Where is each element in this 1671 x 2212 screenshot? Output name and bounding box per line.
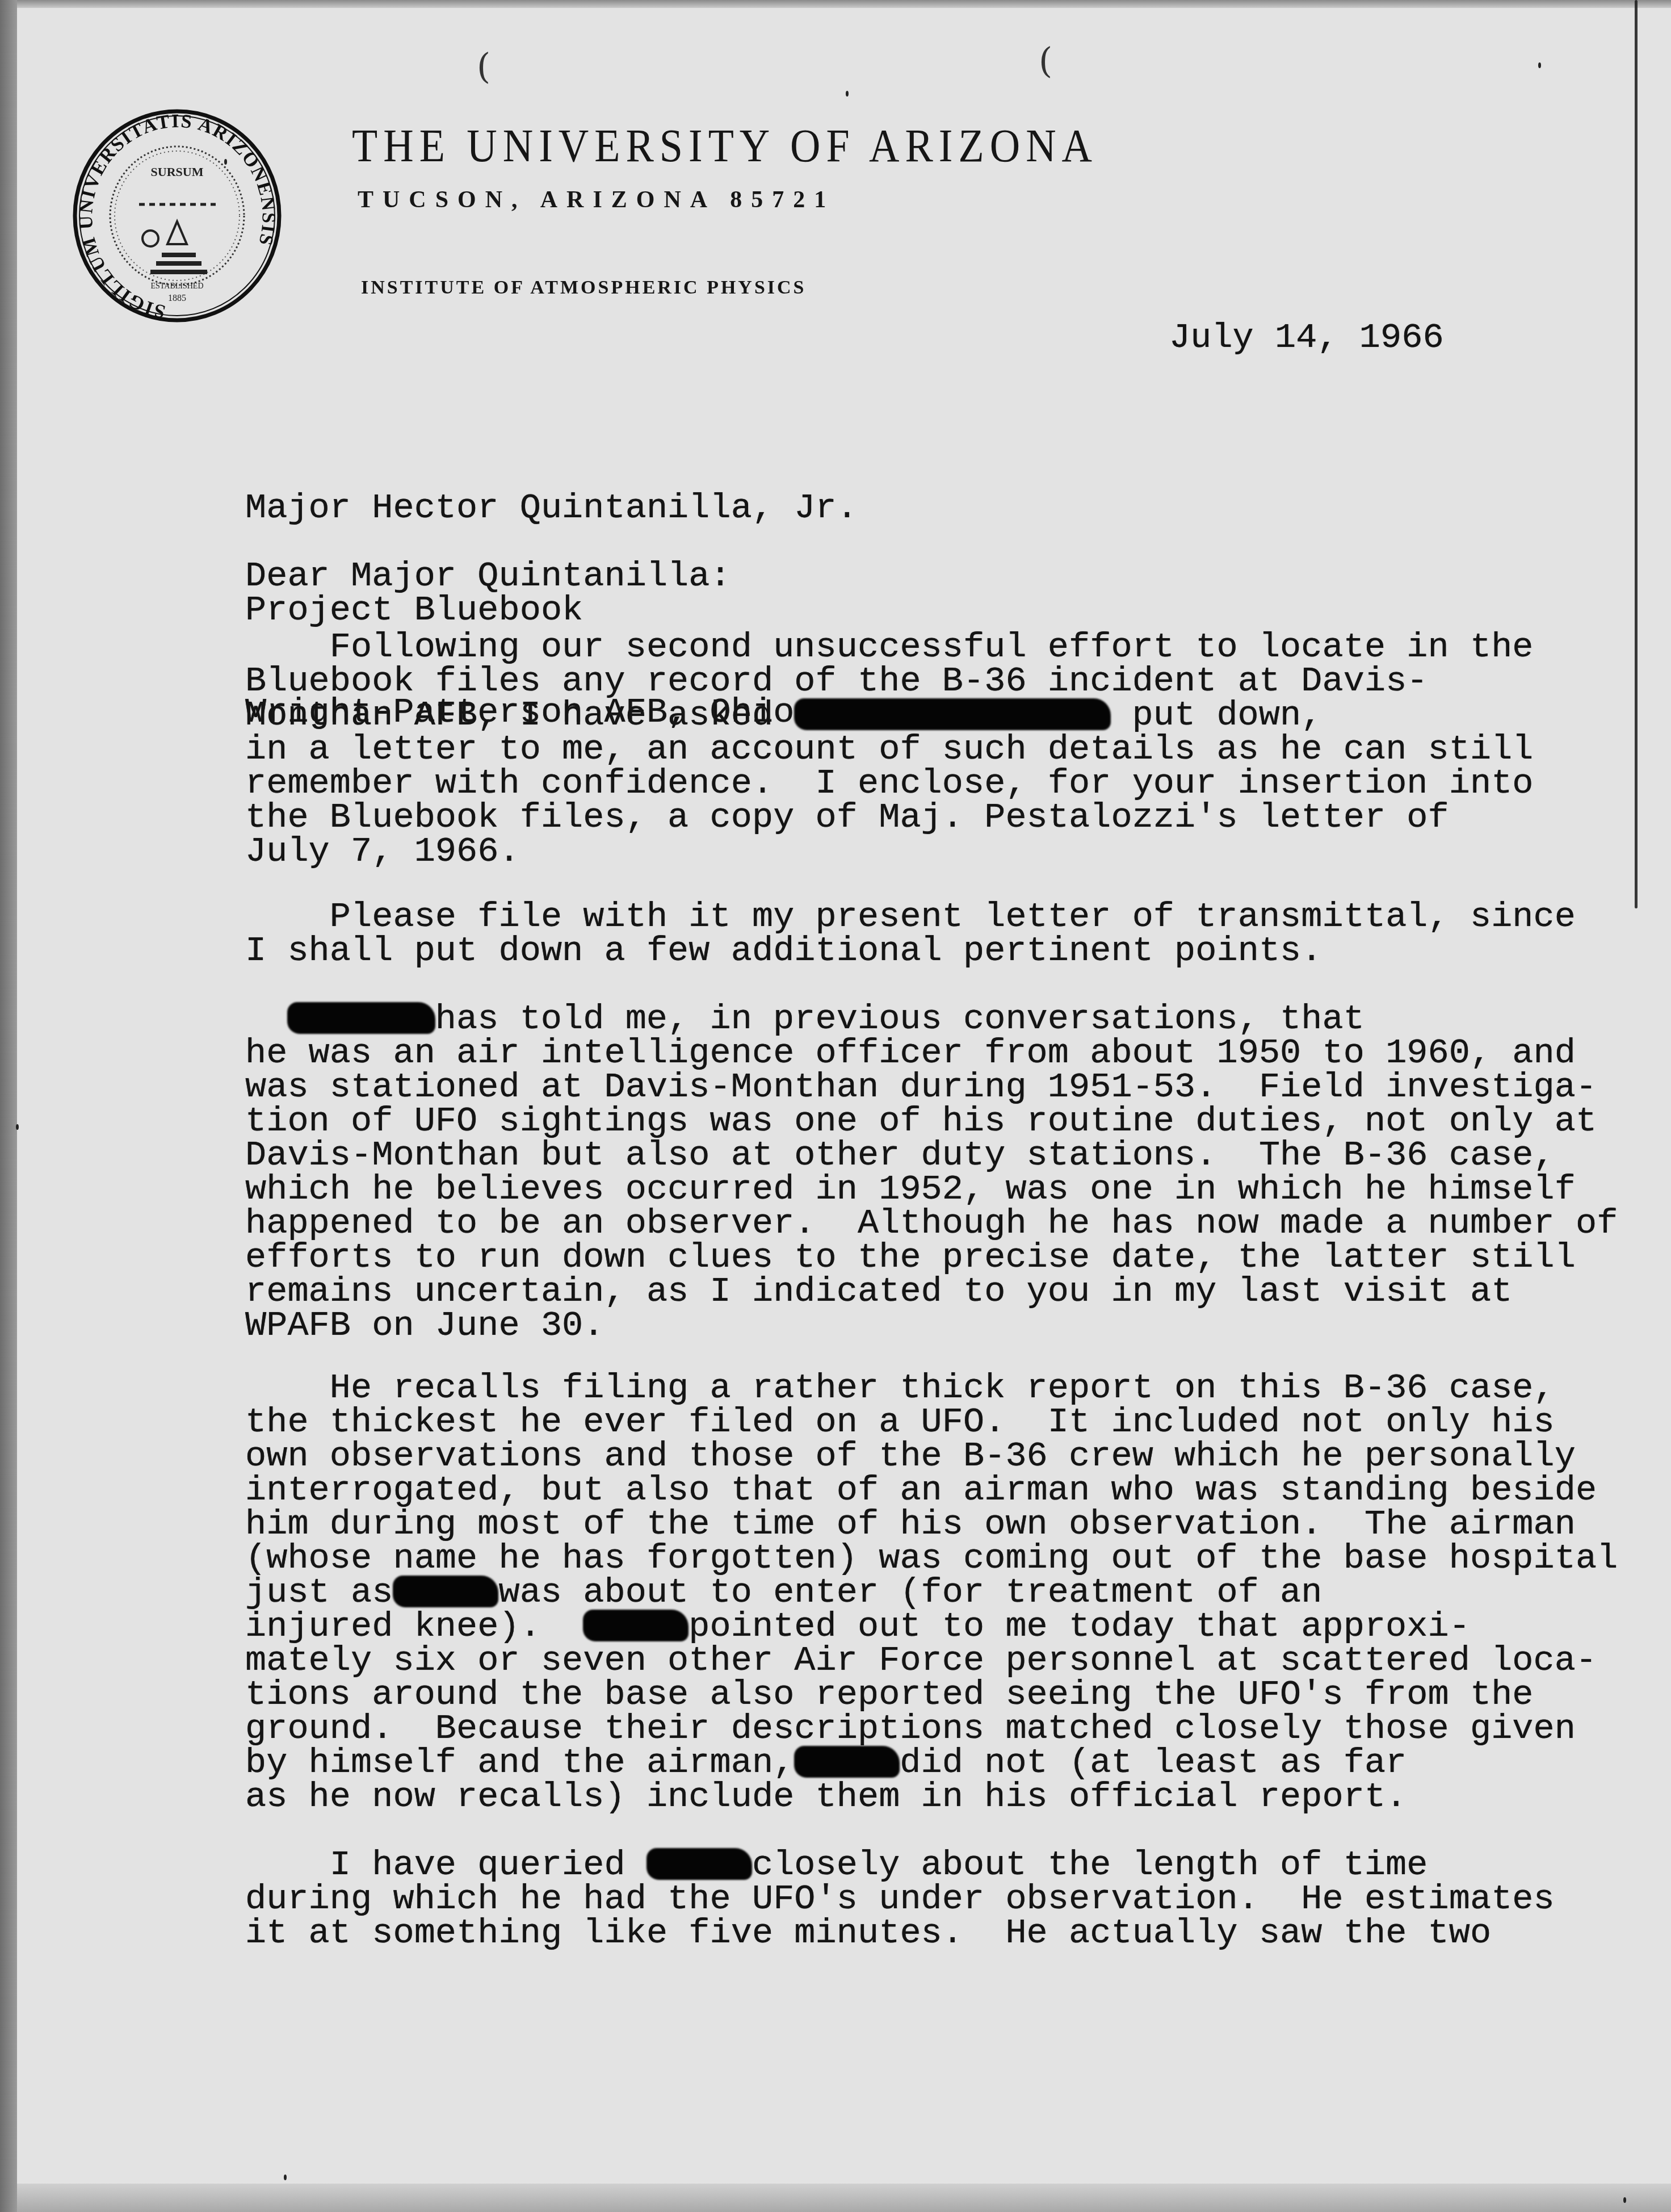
text-line: WPAFB on June 30.: [245, 1309, 1618, 1343]
text-line: Following our second unsuccessful effort…: [245, 630, 1534, 664]
text-line: in a letter to me, an account of such de…: [245, 732, 1534, 766]
text-line: mately six or seven other Air Force pers…: [245, 1644, 1618, 1678]
punch-mark-left: (: [477, 45, 490, 87]
text-line: tion of UFO sightings was one of his rou…: [245, 1104, 1618, 1138]
letter-page: ( ( SIGILLUM UNIVERSITATIS ARIZONENSIS S…: [0, 0, 1671, 2212]
salutation: Dear Major Quintanilla:: [245, 559, 731, 593]
letter-date: July 14, 1966: [1169, 321, 1444, 355]
redaction-bar: [794, 698, 1111, 730]
text-line: happened to be an observer. Although he …: [245, 1206, 1618, 1241]
text-line: (whose name he has forgotten) was coming…: [245, 1541, 1618, 1576]
redaction-bar: [287, 1002, 435, 1034]
department-name: INSTITUTE OF ATMOSPHERIC PHYSICS: [361, 277, 807, 299]
text-line: was stationed at Davis-Monthan during 19…: [245, 1070, 1618, 1104]
text-line: injured knee). pointed out to me today t…: [245, 1610, 1618, 1644]
text-line: Bluebook files any record of the B-36 in…: [245, 664, 1534, 698]
paragraph-4: He recalls filing a rather thick report …: [245, 1371, 1618, 1814]
text-line: he was an air intelligence officer from …: [245, 1036, 1618, 1070]
text-line: just aswas about to enter (for treatment…: [245, 1576, 1618, 1610]
text-line: during which he had the UFO's under obse…: [245, 1882, 1555, 1916]
text-line: I shall put down a few additional pertin…: [245, 934, 1576, 968]
scan-speck: [846, 91, 849, 97]
paragraph-3: has told me, in previous conversations, …: [245, 1002, 1618, 1343]
text-line: He recalls filing a rather thick report …: [245, 1371, 1618, 1405]
text-line: remember with confidence. I enclose, for…: [245, 766, 1534, 801]
text-line: Davis-Monthan but also at other duty sta…: [245, 1138, 1618, 1172]
text-line: efforts to run down clues to the precise…: [245, 1241, 1618, 1275]
text-line: ground. Because their descriptions match…: [245, 1712, 1618, 1746]
redaction-bar: [646, 1848, 752, 1880]
text-line: it at something like five minutes. He ac…: [245, 1916, 1555, 1950]
recipient-name: Major Hector Quintanilla, Jr.: [245, 491, 858, 525]
scan-top-edge: [0, 0, 1671, 8]
scan-speck: [284, 2175, 287, 2180]
text-line: as he now recalls) include them in his o…: [245, 1780, 1618, 1814]
text-line: tions around the base also reported seei…: [245, 1678, 1618, 1712]
punch-mark-right: (: [1039, 40, 1052, 81]
text-line: him during most of the time of his own o…: [245, 1507, 1618, 1541]
svg-text:ESTABLISHED: ESTABLISHED: [151, 282, 204, 291]
paragraph-1: Following our second unsuccessful effort…: [245, 630, 1534, 869]
scan-speck: [1623, 2197, 1626, 2203]
text-line: by himself and the airman,did not (at le…: [245, 1746, 1618, 1780]
scan-left-edge: [0, 0, 17, 2212]
text-line: July 7, 1966.: [245, 835, 1534, 869]
redaction-bar: [393, 1576, 498, 1607]
text-line: interrogated, but also that of an airman…: [245, 1473, 1618, 1507]
text-line: which he believes occurred in 1952, was …: [245, 1172, 1618, 1206]
text-line: remains uncertain, as I indicated to you…: [245, 1275, 1618, 1309]
redaction-bar: [794, 1746, 900, 1778]
text-line: Please file with it my present letter of…: [245, 900, 1576, 934]
svg-text:SURSUM: SURSUM: [151, 165, 204, 179]
svg-text:1885: 1885: [168, 294, 186, 303]
redaction-bar: [583, 1610, 688, 1641]
recipient-organization: Project Bluebook: [245, 593, 858, 627]
scan-bottom-edge: [17, 2184, 1671, 2212]
text-line: I have queried closely about the length …: [245, 1848, 1555, 1882]
text-line: Monthan AFB, I have asked put down,: [245, 698, 1534, 732]
paragraph-5: I have queried closely about the length …: [245, 1848, 1555, 1950]
institution-name: THE UNIVERSITY OF ARIZONA: [352, 119, 1098, 173]
scan-right-edge-line: [1635, 0, 1638, 908]
scan-speck: [16, 1124, 19, 1130]
text-line: has told me, in previous conversations, …: [245, 1002, 1618, 1036]
text-line: own observations and those of the B-36 c…: [245, 1439, 1618, 1473]
text-line: the thickest he ever filed on a UFO. It …: [245, 1405, 1618, 1439]
scan-speck: [224, 159, 227, 165]
scan-speck: [1538, 62, 1541, 68]
paragraph-2: Please file with it my present letter of…: [245, 900, 1576, 968]
university-seal-icon: SIGILLUM UNIVERSITATIS ARIZONENSIS SURSU…: [71, 108, 284, 324]
text-line: the Bluebook files, a copy of Maj. Pesta…: [245, 801, 1534, 835]
institution-address: TUCSON, ARIZONA 85721: [358, 186, 835, 213]
